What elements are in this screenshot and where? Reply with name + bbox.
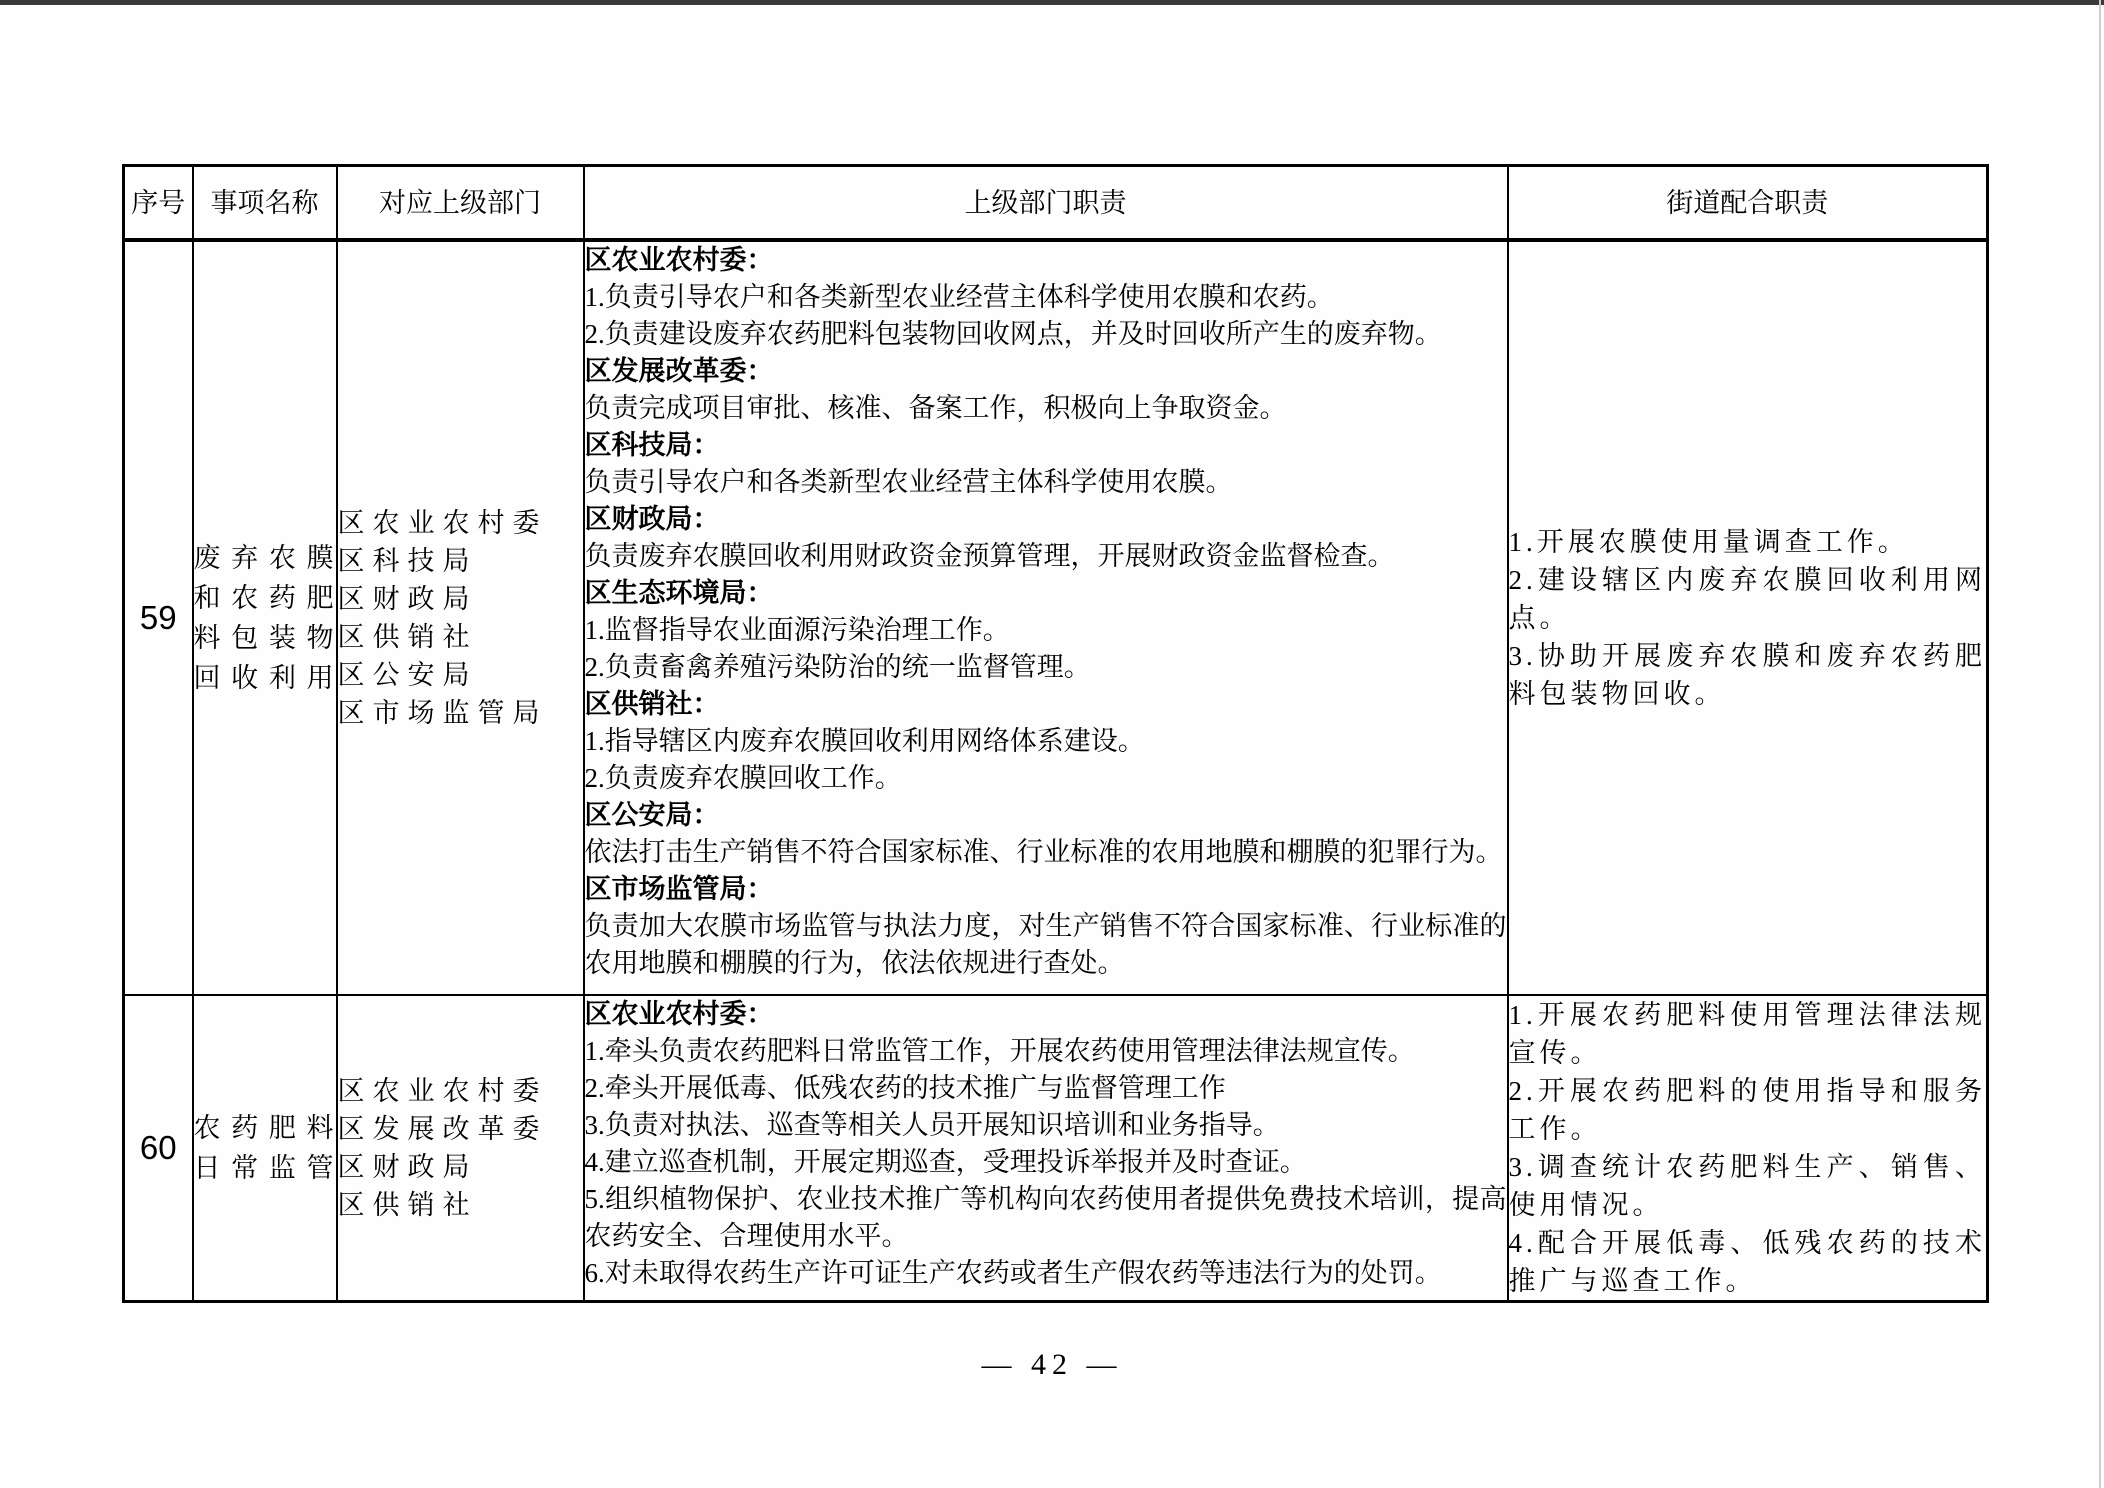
top-edge-strip [0,0,2104,5]
header-col-number: 序号 [124,166,193,241]
item-name: 农药肥料日常监管 [194,1108,336,1188]
street-duty-line: 3.协助开展废弃农膜和废弃农药肥料包装物回收。 [1509,637,1987,713]
superior-duty-line: 区财政局： [585,501,1507,538]
superior-duties-cell: 区农业农村委：1.负责引导农户和各类新型农业经营主体科学使用农膜和农药。2.负责… [584,240,1508,995]
table-row-60: 60 农药肥料日常监管 区农业农村委区发展改革委区财政局区供销社 区农业农村委：… [124,995,1988,1302]
departments-cell: 区农业农村委区科技局区财政局区供销社区公安局区市场监管局 [337,240,584,995]
superior-duty-line: 2.负责废弃农膜回收工作。 [585,760,1507,797]
item-name: 废弃农膜和农药肥料包装物回收利用 [194,538,336,698]
table-header-row: 序号 事项名称 对应上级部门 上级部门职责 街道配合职责 [124,166,1988,241]
superior-duty-line: 1.指导辖区内废弃农膜回收利用网络体系建设。 [585,723,1507,760]
superior-duty-line: 1.监督指导农业面源污染治理工作。 [585,612,1507,649]
superior-duty-line: 5.组织植物保护、农业技术推广等机构向农药使用者提供免费技术培训，提高农药安全、… [585,1181,1507,1255]
duty-assignment-table: 序号 事项名称 对应上级部门 上级部门职责 街道配合职责 59 废弃农膜和农药肥… [122,164,1989,1303]
department-list: 区农业农村委区科技局区财政局区供销社区公安局区市场监管局 [338,504,583,732]
department-name: 区供销社 [338,618,583,656]
department-name: 区供销社 [338,1186,583,1224]
superior-duty-list: 区农业农村委：1.牵头负责农药肥料日常监管工作，开展农药使用管理法律法规宣传。2… [585,996,1507,1292]
superior-duty-line: 6.对未取得农药生产许可证生产农药或者生产假农药等违法行为的处罚。 [585,1255,1507,1292]
superior-duty-line: 区供销社： [585,686,1507,723]
superior-duty-line: 4.建立巡查机制，开展定期巡查，受理投诉举报并及时查证。 [585,1144,1507,1181]
page-number: — 42 — [0,1348,2104,1382]
right-edge-line [2099,0,2101,1488]
street-duty-list: 1.开展农膜使用量调查工作。2.建设辖区内废弃农膜回收利用网点。3.协助开展废弃… [1509,523,1987,713]
superior-duty-line: 区发展改革委： [585,353,1507,390]
departments-cell: 区农业农村委区发展改革委区财政局区供销社 [337,995,584,1302]
department-name: 区农业农村委 [338,1072,583,1110]
superior-duty-line: 2.负责畜禽养殖污染防治的统一监督管理。 [585,649,1507,686]
superior-duty-line: 负责完成项目审批、核准、备案工作，积极向上争取资金。 [585,390,1507,427]
item-name-cell: 农药肥料日常监管 [193,995,337,1302]
department-name: 区公安局 [338,656,583,694]
header-col-departments: 对应上级部门 [337,166,584,241]
superior-duty-line: 区科技局： [585,427,1507,464]
superior-duty-line: 区农业农村委： [585,996,1507,1033]
department-name: 区发展改革委 [338,1110,583,1148]
department-list: 区农业农村委区发展改革委区财政局区供销社 [338,1072,583,1224]
department-name: 区市场监管局 [338,694,583,732]
street-duty-line: 1.开展农膜使用量调查工作。 [1509,523,1987,561]
superior-duty-line: 1.负责引导农户和各类新型农业经营主体科学使用农膜和农药。 [585,279,1507,316]
street-duty-list: 1.开展农药肥料使用管理法律法规宣传。2.开展农药肥料的使用指导和服务工作。3.… [1509,996,1987,1300]
superior-duty-list: 区农业农村委：1.负责引导农户和各类新型农业经营主体科学使用农膜和农药。2.负责… [585,242,1507,982]
superior-duty-line: 区农业农村委： [585,242,1507,279]
street-duty-line: 3.调查统计农药肥料生产、销售、使用情况。 [1509,1148,1987,1224]
row-number: 59 [124,240,193,995]
superior-duty-line: 1.牵头负责农药肥料日常监管工作，开展农药使用管理法律法规宣传。 [585,1033,1507,1070]
document-page: 序号 事项名称 对应上级部门 上级部门职责 街道配合职责 59 废弃农膜和农药肥… [0,0,2104,1488]
header-col-superior-duties: 上级部门职责 [584,166,1508,241]
department-name: 区农业农村委 [338,504,583,542]
superior-duty-line: 依法打击生产销售不符合国家标准、行业标准的农用地膜和棚膜的犯罪行为。 [585,834,1507,871]
street-duty-line: 2.建设辖区内废弃农膜回收利用网点。 [1509,561,1987,637]
street-duty-line: 2.开展农药肥料的使用指导和服务工作。 [1509,1072,1987,1148]
street-duty-line: 1.开展农药肥料使用管理法律法规宣传。 [1509,996,1987,1072]
superior-duty-line: 2.牵头开展低毒、低残农药的技术推广与监督管理工作 [585,1070,1507,1107]
superior-duty-line: 负责废弃农膜回收利用财政资金预算管理，开展财政资金监督检查。 [585,538,1507,575]
street-duties-cell: 1.开展农膜使用量调查工作。2.建设辖区内废弃农膜回收利用网点。3.协助开展废弃… [1508,240,1988,995]
superior-duties-cell: 区农业农村委：1.牵头负责农药肥料日常监管工作，开展农药使用管理法律法规宣传。2… [584,995,1508,1302]
department-name: 区科技局 [338,542,583,580]
superior-duty-line: 负责引导农户和各类新型农业经营主体科学使用农膜。 [585,464,1507,501]
superior-duty-line: 区公安局： [585,797,1507,834]
header-col-item-name: 事项名称 [193,166,337,241]
street-duties-cell: 1.开展农药肥料使用管理法律法规宣传。2.开展农药肥料的使用指导和服务工作。3.… [1508,995,1988,1302]
superior-duty-line: 3.负责对执法、巡查等相关人员开展知识培训和业务指导。 [585,1107,1507,1144]
superior-duty-line: 区生态环境局： [585,575,1507,612]
superior-duty-line: 区市场监管局： [585,871,1507,908]
table-row-59: 59 废弃农膜和农药肥料包装物回收利用 区农业农村委区科技局区财政局区供销社区公… [124,240,1988,995]
item-name-cell: 废弃农膜和农药肥料包装物回收利用 [193,240,337,995]
department-name: 区财政局 [338,580,583,618]
superior-duty-line: 负责加大农膜市场监管与执法力度，对生产销售不符合国家标准、行业标准的农用地膜和棚… [585,908,1507,982]
row-number: 60 [124,995,193,1302]
street-duty-line: 4.配合开展低毒、低残农药的技术推广与巡查工作。 [1509,1224,1987,1300]
header-col-street-duties: 街道配合职责 [1508,166,1988,241]
superior-duty-line: 2.负责建设废弃农药肥料包装物回收网点，并及时回收所产生的废弃物。 [585,316,1507,353]
department-name: 区财政局 [338,1148,583,1186]
